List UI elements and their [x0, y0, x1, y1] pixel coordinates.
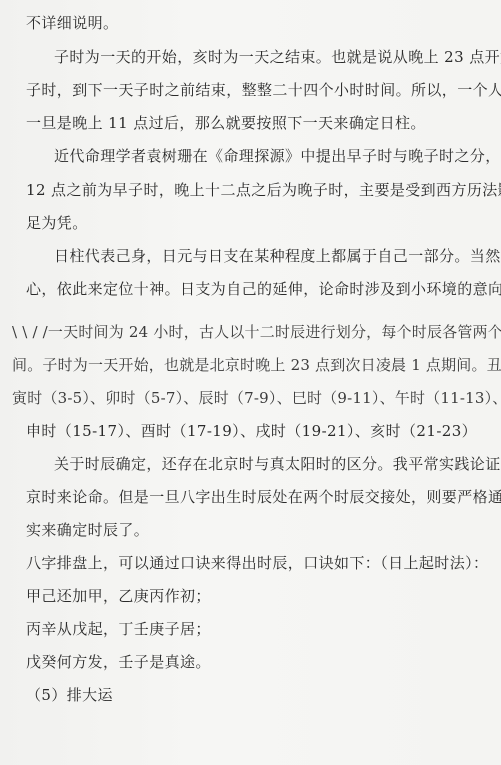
text-line: 12 点之前为早子时，晚上十二点之后为晚子时，主要是受到西方历法影响，不	[26, 180, 476, 200]
text-line-garbled: 寅时（3-5）、卯时（5-7）、辰时（7-9）、巳时（9-11）、午时（11-1…	[12, 388, 492, 408]
scanned-document-page: 不详细说明。 子时为一天的开始，亥时为一天之结束。也就是说从晚上 23 点开始步…	[0, 0, 501, 765]
text-line: 子时，到下一天子时之前结束，整整二十四个小时时间。所以，一个人出生时间	[26, 80, 476, 100]
verse-line: 甲己还加甲，乙庚丙作初；	[26, 586, 476, 606]
text-line-garbled: \ \ / /一天时间为 24 小时，古人以十二时辰进行划分，每个时辰各管两个小…	[12, 322, 492, 342]
text-line: 一旦是晚上 11 点过后，那么就要按照下一天来确定日柱。	[26, 113, 476, 133]
verse-line: 丙辛从戊起，丁壬庚子居；	[26, 619, 476, 639]
section-heading: （5）排大运	[26, 685, 476, 705]
text-line: 近代命理学者袁树珊在《命理探源》中提出早子时与晚子时之分，认为晚上	[54, 146, 476, 166]
text-line: 足为凭。	[26, 213, 476, 233]
text-line: 不详细说明。	[26, 13, 476, 33]
text-line: 京时来论命。但是一旦八字出生时辰处在两个时辰交接处，则要严格通过论命事	[26, 487, 476, 507]
verse-line: 戊癸何方发，壬子是真途。	[26, 652, 476, 672]
text-line-garbled: 间。子时为一天开始，也就是北京时晚上 23 点到次日凌晨 1 点期间。丑时（1-…	[12, 355, 492, 375]
text-line: 心，依此来定位十神。日支为自己的延伸，论命时涉及到小环境的意向问题，极	[26, 279, 476, 299]
text-line: 日柱代表己身，日元与日支在某种程度上都属于自己一部分。当然，日元中	[54, 246, 476, 266]
text-line: 关于时辰确定，还存在北京时与真太阳时的区分。我平常实践论证是依照北	[54, 454, 476, 474]
text-line: 实来确定时辰了。	[26, 520, 476, 540]
text-line: 子时为一天的开始，亥时为一天之结束。也就是说从晚上 23 点开始步入	[54, 47, 476, 67]
text-line: 八字排盘上，可以通过口诀来得出时辰，口诀如下：（日上起时法）：	[26, 553, 476, 573]
text-line: 申时（15-17）、酉时（17-19）、戌时（19-21）、亥时（21-23）	[26, 421, 476, 441]
